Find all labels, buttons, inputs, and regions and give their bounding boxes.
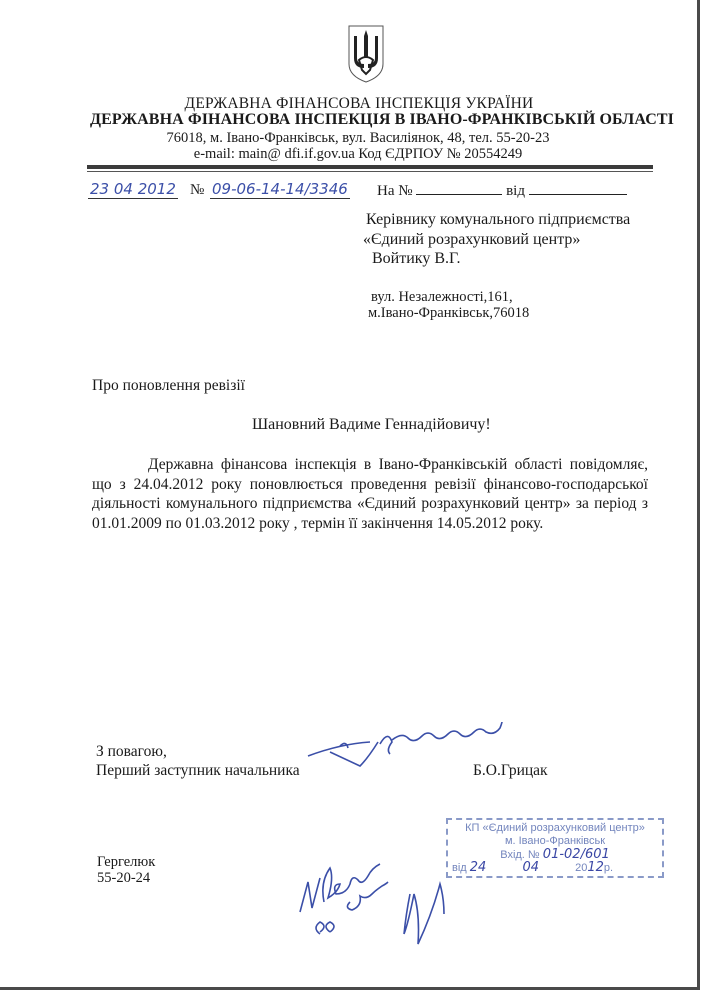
letterhead-address: 76018, м. Івано-Франківськ, вул. Василія… [0, 130, 704, 147]
addressee-street: вул. Незалежності,161, [371, 289, 513, 306]
stamp-organization: КП «Єдиний розрахунковий центр» [448, 822, 662, 835]
outgoing-number: 09-06-14-14/3346 [210, 180, 350, 198]
letterhead-rule-thin [87, 171, 653, 172]
handwritten-resolution-icon [290, 842, 460, 962]
addressee-name: Войтику В.Г. [372, 250, 460, 268]
addressee-position: Керівнику комунального підприємства [366, 211, 630, 229]
signer-position: Перший заступник начальника [96, 762, 300, 780]
incoming-number-blank [416, 182, 502, 195]
incoming-reference: На № від [377, 182, 627, 200]
executor-name: Гергелюк [97, 854, 155, 871]
letter-subject: Про поновлення ревізії [92, 377, 245, 395]
letterhead-organization: ДЕРЖАВНА ФІНАНСОВА ІНСПЕКЦІЯ В ІВАНО-ФРА… [0, 111, 704, 129]
letterhead-rule [87, 165, 653, 169]
executor-phone: 55-20-24 [97, 870, 150, 887]
addressee-city: м.Івано-Франківськ,76018 [368, 305, 529, 322]
outgoing-number-label: № [190, 182, 204, 199]
signature-icon [300, 722, 540, 782]
letter-greeting: Шановний Вадиме Геннадійовичу! [252, 416, 491, 434]
outgoing-date: 23 04 2012 [88, 180, 178, 199]
stamp-date: від 24 04 2012р. [448, 861, 662, 874]
closing-regards: З повагою, [96, 743, 167, 761]
incoming-date-blank [529, 182, 627, 195]
registration-stamp: КП «Єдиний розрахунковий центр» м. Івано… [446, 818, 664, 878]
letter-body: Державна фінансова інспекція в Івано-Фра… [92, 455, 648, 533]
letterhead-contacts: e-mail: main@ dfi.if.gov.ua Код ЄДРПОУ №… [0, 146, 704, 163]
addressee-organization: «Єдиний розрахунковий центр» [363, 231, 580, 249]
body-paragraph: Державна фінансова інспекція в Івано-Фра… [92, 455, 648, 533]
letter-page: ДЕРЖАВНА ФІНАНСОВА ІНСПЕКЦІЯ УКРАЇНИ ДЕР… [0, 0, 700, 990]
trident-emblem-icon [346, 24, 386, 84]
